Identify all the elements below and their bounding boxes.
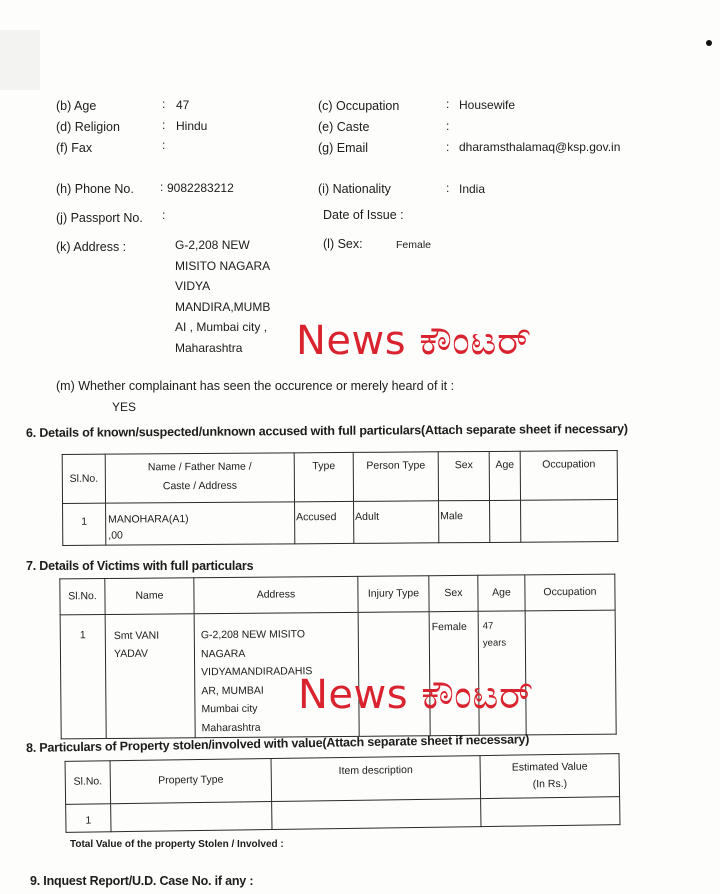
col-property-type: Property Type — [110, 758, 272, 803]
colon: : — [162, 208, 165, 222]
cell-occupation — [525, 610, 616, 735]
caste-label: (e) Caste — [318, 120, 369, 134]
news-counter-watermark: News ಕೌಂಟರ್ — [296, 318, 532, 364]
cell-property-type — [111, 801, 272, 831]
age-value: 47 — [176, 98, 189, 112]
cell-slno: 1 — [60, 615, 106, 739]
colon: : — [162, 138, 165, 152]
col-age: Age — [478, 575, 525, 611]
date-of-issue-label: Date of Issue : — [323, 208, 404, 222]
address-line: VIDYA — [175, 276, 270, 297]
cell-person-type: Adult — [354, 501, 439, 544]
victim-address-line: G-2,208 NEW MISITO — [201, 625, 354, 645]
colon: : — [160, 180, 163, 194]
col-address: Address — [194, 576, 358, 613]
cell-type: Accused — [295, 501, 354, 543]
colon: : — [446, 181, 449, 195]
table-header-row: Sl.No. Name Address Injury Type Sex Age … — [60, 574, 615, 615]
accused-address: ,00 — [108, 528, 292, 541]
colon: : — [446, 119, 449, 133]
address-line: G-2,208 NEW — [175, 235, 270, 256]
col-slno: Sl.No. — [65, 761, 111, 804]
cell-age — [490, 500, 521, 542]
fax-label: (f) Fax — [56, 141, 92, 155]
cell-item-description — [272, 798, 481, 829]
col-name-line2: Caste / Address — [110, 476, 290, 496]
victim-age: 47 — [483, 617, 521, 634]
col-person-type: Person Type — [353, 452, 438, 502]
col-slno: Sl.No. — [60, 579, 105, 615]
email-value: dharamsthalamaq@ksp.gov.in — [459, 140, 620, 154]
table-header-row: Sl.No. Name / Father Name / Caste / Addr… — [62, 451, 617, 504]
total-value-label: Total Value of the property Stolen / Inv… — [70, 839, 284, 850]
section-6-title: 6. Details of known/suspected/unknown ac… — [26, 422, 628, 440]
accused-table: Sl.No. Name / Father Name / Caste / Addr… — [62, 450, 619, 546]
cell-slno: 1 — [63, 503, 106, 545]
religion-label: (d) Religion — [56, 120, 120, 134]
colon: : — [162, 118, 165, 132]
occupation-value: Housewife — [459, 98, 515, 112]
section-9-title: 9. Inquest Report/U.D. Case No. if any : — [30, 874, 253, 888]
col-type: Type — [294, 452, 353, 501]
nationality-value: India — [459, 182, 485, 196]
col-estimated-value-line1: Estimated Value — [485, 758, 615, 777]
address-line: Maharashtra — [175, 338, 270, 359]
victim-age-unit: years — [483, 634, 521, 651]
phone-value: 9082283212 — [167, 181, 234, 195]
address-line: MANDIRA,MUMB — [175, 297, 270, 318]
seen-question: (m) Whether complainant has seen the occ… — [56, 379, 454, 393]
col-item-description: Item description — [271, 756, 481, 802]
cell-occupation — [521, 500, 618, 543]
occupation-label: (c) Occupation — [318, 99, 399, 113]
cell-estimated-value — [481, 796, 620, 826]
fir-document-page: (b) Age : 47 (c) Occupation : Housewife … — [0, 0, 720, 894]
age-label: (b) Age — [56, 99, 96, 113]
religion-value: Hindu — [176, 119, 207, 133]
cell-name: Smt VANI YADAV — [105, 614, 195, 739]
col-injury-type: Injury Type — [358, 576, 429, 613]
col-occupation: Occupation — [520, 451, 617, 501]
property-table: Sl.No. Property Type Item description Es… — [65, 753, 621, 832]
col-name: Name — [105, 578, 194, 615]
victim-name-line: Smt VANI — [114, 626, 190, 645]
col-estimated-value: Estimated Value (In Rs.) — [480, 754, 620, 799]
col-age: Age — [489, 451, 520, 500]
colon: : — [162, 97, 165, 111]
address-label: (k) Address : — [56, 240, 126, 254]
col-sex: Sex — [438, 451, 489, 500]
nationality-label: (i) Nationality — [318, 182, 391, 196]
ink-dot — [706, 40, 712, 46]
accused-name: MANOHARA(A1) — [108, 512, 292, 525]
col-name-line1: Name / Father Name / — [110, 457, 290, 477]
victim-address-line: NAGARA — [201, 643, 354, 663]
col-slno: Sl.No. — [62, 454, 105, 503]
address-line: MISITO NAGARA — [175, 256, 270, 277]
sex-label: (l) Sex: — [323, 237, 363, 251]
colon: : — [446, 140, 449, 154]
passport-label: (j) Passport No. — [56, 211, 143, 225]
email-label: (g) Email — [318, 141, 368, 155]
scan-smudge — [0, 30, 40, 90]
col-occupation: Occupation — [525, 574, 615, 611]
col-name: Name / Father Name / Caste / Address — [105, 453, 294, 503]
cell-sex: Male — [439, 500, 490, 542]
news-counter-watermark: News ಕೌಂಟರ್ — [298, 672, 534, 718]
sex-value: Female — [396, 239, 431, 251]
victim-name-line: YADAV — [114, 644, 190, 663]
section-7-title: 7. Details of Victims with full particul… — [26, 559, 253, 573]
phone-label: (h) Phone No. — [56, 182, 134, 196]
seen-answer: YES — [112, 400, 136, 414]
col-estimated-value-line2: (In Rs.) — [485, 775, 615, 794]
address-line: AI , Mumbai city , — [175, 317, 270, 338]
colon: : — [446, 97, 449, 111]
address-value: G-2,208 NEW MISITO NAGARA VIDYA MANDIRA,… — [175, 235, 270, 358]
table-row: 1 MANOHARA(A1) ,00 Accused Adult Male — [63, 500, 618, 546]
cell-slno: 1 — [66, 803, 111, 832]
cell-name: MANOHARA(A1) ,00 — [106, 502, 295, 545]
col-sex: Sex — [429, 575, 478, 611]
victim-address-line: Maharashtra — [202, 717, 355, 737]
